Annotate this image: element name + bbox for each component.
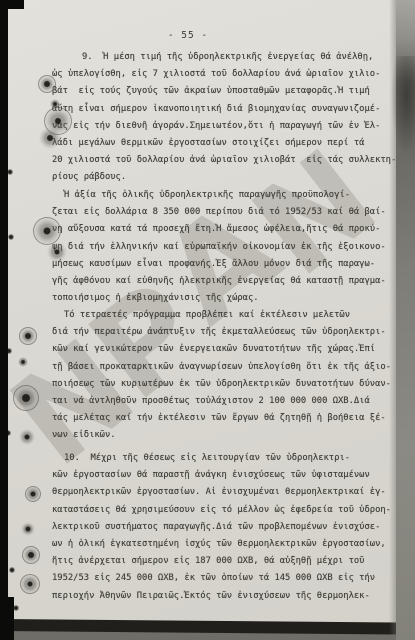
binder-hole-mark bbox=[47, 242, 67, 262]
scan-corner-notch bbox=[0, 0, 24, 9]
scan-edge-left bbox=[0, 0, 8, 640]
binder-hole-mark bbox=[21, 522, 35, 536]
binder-hole-mark bbox=[39, 127, 61, 149]
binder-hole-mark bbox=[13, 385, 39, 411]
scan-edge-right-dark-blob bbox=[391, 56, 415, 156]
binder-hole-mark bbox=[19, 429, 35, 445]
binder-hole-mark bbox=[19, 327, 37, 345]
binder-hole-mark bbox=[18, 357, 28, 367]
binder-hole-mark bbox=[22, 546, 40, 564]
binder-hole-mark bbox=[25, 486, 41, 502]
scanned-document-page: ΝΡΑΝ - 55 - 9. Ἡ μέση τιμή τῆς ὑδροηλεκτ… bbox=[0, 0, 415, 640]
binder-hole-mark bbox=[38, 75, 56, 93]
binder-hole-mark bbox=[9, 567, 15, 573]
binder-hole-mark bbox=[8, 234, 14, 240]
binder-hole-mark bbox=[20, 574, 40, 594]
binder-marks-layer bbox=[0, 0, 415, 640]
scan-edge-left-foot bbox=[0, 597, 14, 640]
binder-hole-mark bbox=[33, 217, 61, 245]
